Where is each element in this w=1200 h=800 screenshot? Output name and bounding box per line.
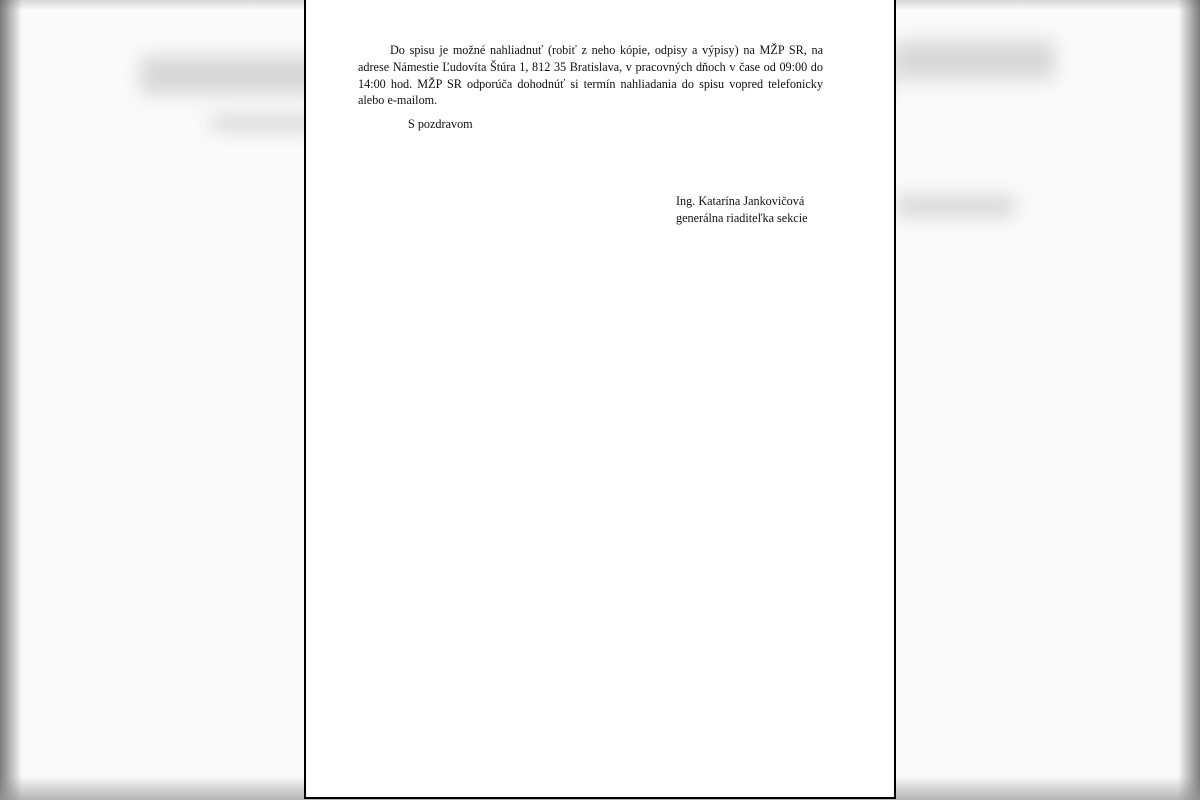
document-body: Do spisu je možné nahliadnuť (robiť z ne…	[358, 42, 823, 133]
vignette-left	[0, 0, 22, 800]
signature-block: Ing. Katarína Jankovičová generálna riad…	[676, 193, 808, 227]
document-viewer: Do spisu je možné nahliadnuť (robiť z ne…	[0, 0, 1200, 800]
closing-salutation: S pozdravom	[358, 116, 823, 133]
signatory-name: Ing. Katarína Jankovičová	[676, 193, 808, 210]
body-paragraph: Do spisu je možné nahliadnuť (robiť z ne…	[358, 42, 823, 109]
signatory-title: generálna riaditeľka sekcie	[676, 210, 808, 227]
vignette-right	[1178, 0, 1200, 800]
document-page: Do spisu je možné nahliadnuť (robiť z ne…	[304, 0, 896, 799]
